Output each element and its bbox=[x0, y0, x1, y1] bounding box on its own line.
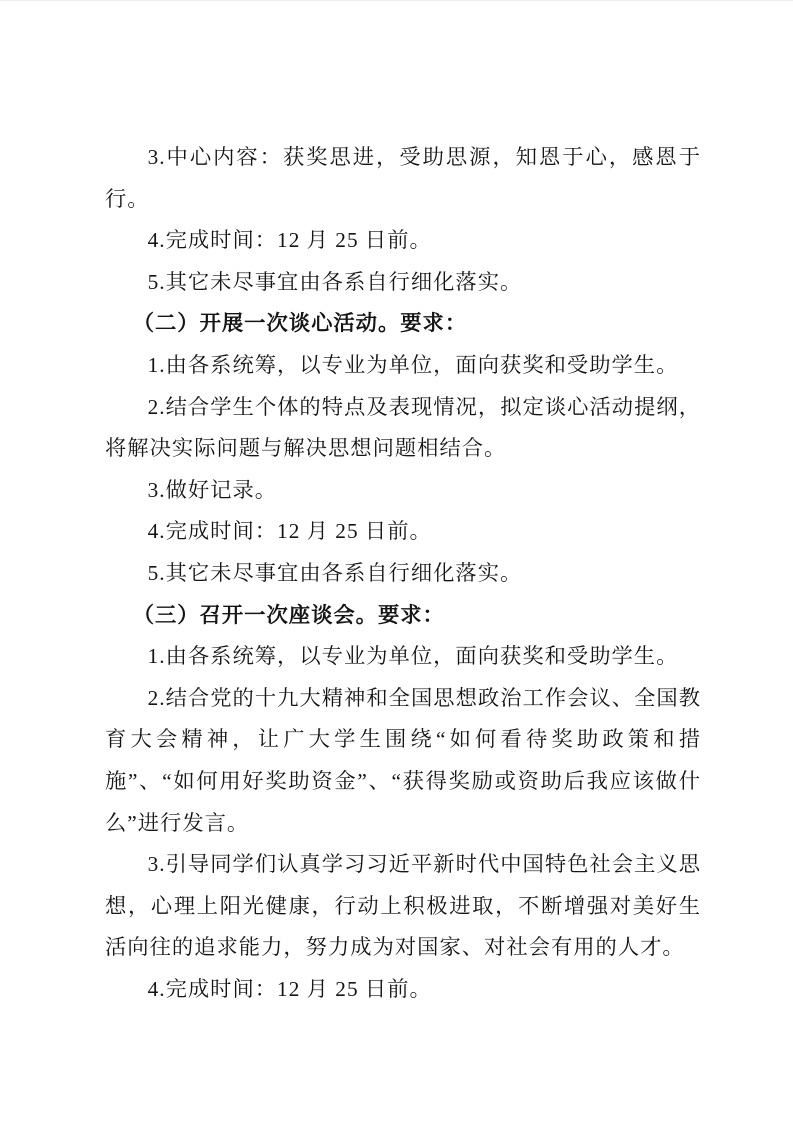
list-item-2-student-traits: 2.结合学生个体的特点及表现情况，拟定谈心活动提纲，将解决实际问题与解决思想问题… bbox=[105, 387, 701, 470]
list-item-4-deadline: 4.完成时间：12 月 25 日前。 bbox=[105, 969, 701, 1011]
list-item-1-organized-by-depts: 1.由各系统筹，以专业为单位，面向获奖和受助学生。 bbox=[105, 636, 701, 678]
list-item-4-deadline: 4.完成时间：12 月 25 日前。 bbox=[105, 220, 701, 262]
document-page: 3.中心内容：获奖思进，受助思源，知恩于心，感恩于行。 4.完成时间：12 月 … bbox=[0, 0, 793, 1122]
list-item-5-other-matters: 5.其它未尽事宜由各系自行细化落实。 bbox=[105, 262, 701, 304]
list-item-1-organized-by-depts: 1.由各系统筹，以专业为单位，面向获奖和受助学生。 bbox=[105, 345, 701, 387]
list-item-3-keep-records: 3.做好记录。 bbox=[105, 470, 701, 512]
list-item-3-center-content: 3.中心内容：获奖思进，受助思源，知恩于心，感恩于行。 bbox=[105, 137, 701, 220]
list-item-3-guide-students: 3.引导同学们认真学习习近平新时代中国特色社会主义思想，心理上阳光健康，行动上积… bbox=[105, 844, 701, 969]
list-item-2-discussion-topics: 2.结合党的十九大精神和全国思想政治工作会议、全国教育大会精神，让广大学生围绕“… bbox=[105, 678, 701, 844]
list-item-4-deadline: 4.完成时间：12 月 25 日前。 bbox=[105, 511, 701, 553]
list-item-5-other-matters: 5.其它未尽事宜由各系自行细化落实。 bbox=[105, 553, 701, 595]
section-heading-2-heart-to-heart: （二）开展一次谈心活动。要求： bbox=[105, 303, 701, 345]
section-heading-3-symposium: （三）召开一次座谈会。要求： bbox=[105, 595, 701, 637]
